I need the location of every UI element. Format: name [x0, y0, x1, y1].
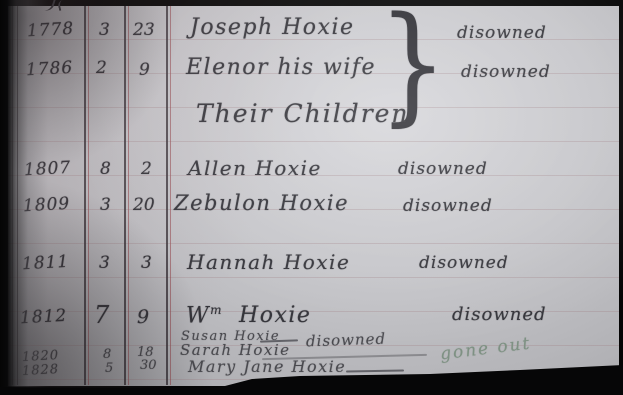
status-cell: disowned: [457, 25, 547, 42]
name-superscript: m: [210, 303, 223, 317]
year-cell: 1786: [26, 60, 74, 79]
name-cell: Sarah Hoxie: [180, 343, 291, 358]
status-cell: disowned: [306, 332, 387, 350]
day-cell: 9: [137, 308, 149, 327]
year-cell: 1809: [23, 196, 71, 215]
column-rule-after-year: [84, 6, 86, 385]
column-rule-after-month: [124, 6, 126, 385]
year-cell: 1807: [24, 160, 72, 179]
section-heading: Their Children: [196, 101, 410, 126]
column-rule-after-month-red: [128, 6, 129, 385]
day-cell: 9: [139, 62, 150, 79]
year-cell: 1812: [20, 308, 68, 327]
name-cell: Joseph Hoxie: [190, 17, 355, 39]
margin-rule: [17, 6, 18, 385]
day-cell: 23: [133, 22, 155, 39]
name-cell: WmHoxie: [186, 304, 311, 327]
name-initial: W: [186, 303, 210, 328]
status-cell: disowned: [403, 198, 493, 215]
status-cell: disowned: [398, 161, 488, 178]
day-cell: 3: [141, 255, 152, 272]
status-cell: disowned: [461, 64, 551, 81]
column-rule-after-day: [166, 6, 168, 385]
year-cell: 1828: [22, 363, 60, 378]
month-cell: 5: [105, 362, 113, 375]
month-cell: 3: [99, 22, 110, 39]
register-scan-page: 1778 3 23 Joseph Hoxie disowned 1786 2 9…: [0, 0, 623, 395]
name-cell: Elenor his wife: [186, 57, 376, 79]
name-cell: Mary Jane Hoxie: [188, 359, 346, 375]
year-cell: 1778: [27, 21, 75, 40]
day-cell: 20: [133, 197, 155, 214]
status-cell: disowned: [452, 306, 547, 324]
year-cell: 1811: [22, 254, 70, 273]
name-surname: Hoxie: [239, 303, 311, 328]
name-cell: Allen Hoxie: [188, 158, 322, 178]
column-rule-after-day-red: [170, 6, 171, 385]
status-cell: disowned: [419, 255, 509, 272]
month-cell: 3: [99, 255, 110, 272]
month-cell: 3: [100, 197, 111, 214]
month-cell: 8: [103, 348, 111, 361]
month-cell: 2: [96, 60, 107, 77]
month-cell: 8: [100, 161, 111, 178]
day-cell: 30: [140, 359, 157, 372]
name-cell: Zebulon Hoxie: [174, 193, 349, 214]
day-cell: 2: [141, 161, 152, 178]
month-cell: 7: [94, 303, 109, 327]
margin-rule: [12, 6, 13, 385]
name-cell: Hannah Hoxie: [187, 252, 350, 272]
column-rule-after-year-red: [88, 6, 89, 385]
